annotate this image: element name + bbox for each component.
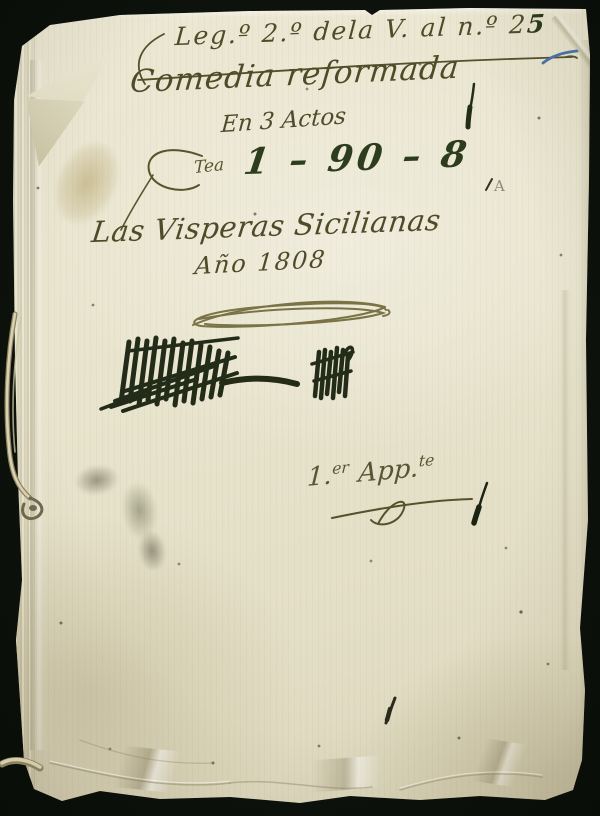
shelfmark-suffix-pencil: A [494,177,505,195]
ink-scribble-flourish [193,302,390,327]
ink-blot-hatch-left [101,338,238,411]
blue-ink-tick [540,46,580,68]
bottom-wrinkles [20,735,580,805]
annotation-word: App. [358,453,420,489]
ink-dash [222,379,297,384]
ink-slash-mark [466,478,496,528]
ink-tick-mark [458,80,488,135]
bottom-ink-slash [378,694,402,728]
binding-thread [0,312,52,547]
annotation-numeral-sup: er [332,458,350,478]
shelfmark-number: 1 – 90 – 8 [241,133,473,183]
ink-scribbles [95,280,415,420]
annotation-word-sup: te [418,451,434,471]
manuscript-page: Leg.º 2.º dela V. al n.º 25 Comedia refo… [0,0,600,816]
shelfmark-prefix: Tea [194,155,224,178]
annotation-underline [318,486,483,534]
paper-specks [0,0,2,2]
scan-background: Leg.º 2.º dela V. al n.º 25 Comedia refo… [0,0,600,816]
ink-blot-hatch-right [312,347,353,398]
binding-thread-bottom [0,742,44,786]
